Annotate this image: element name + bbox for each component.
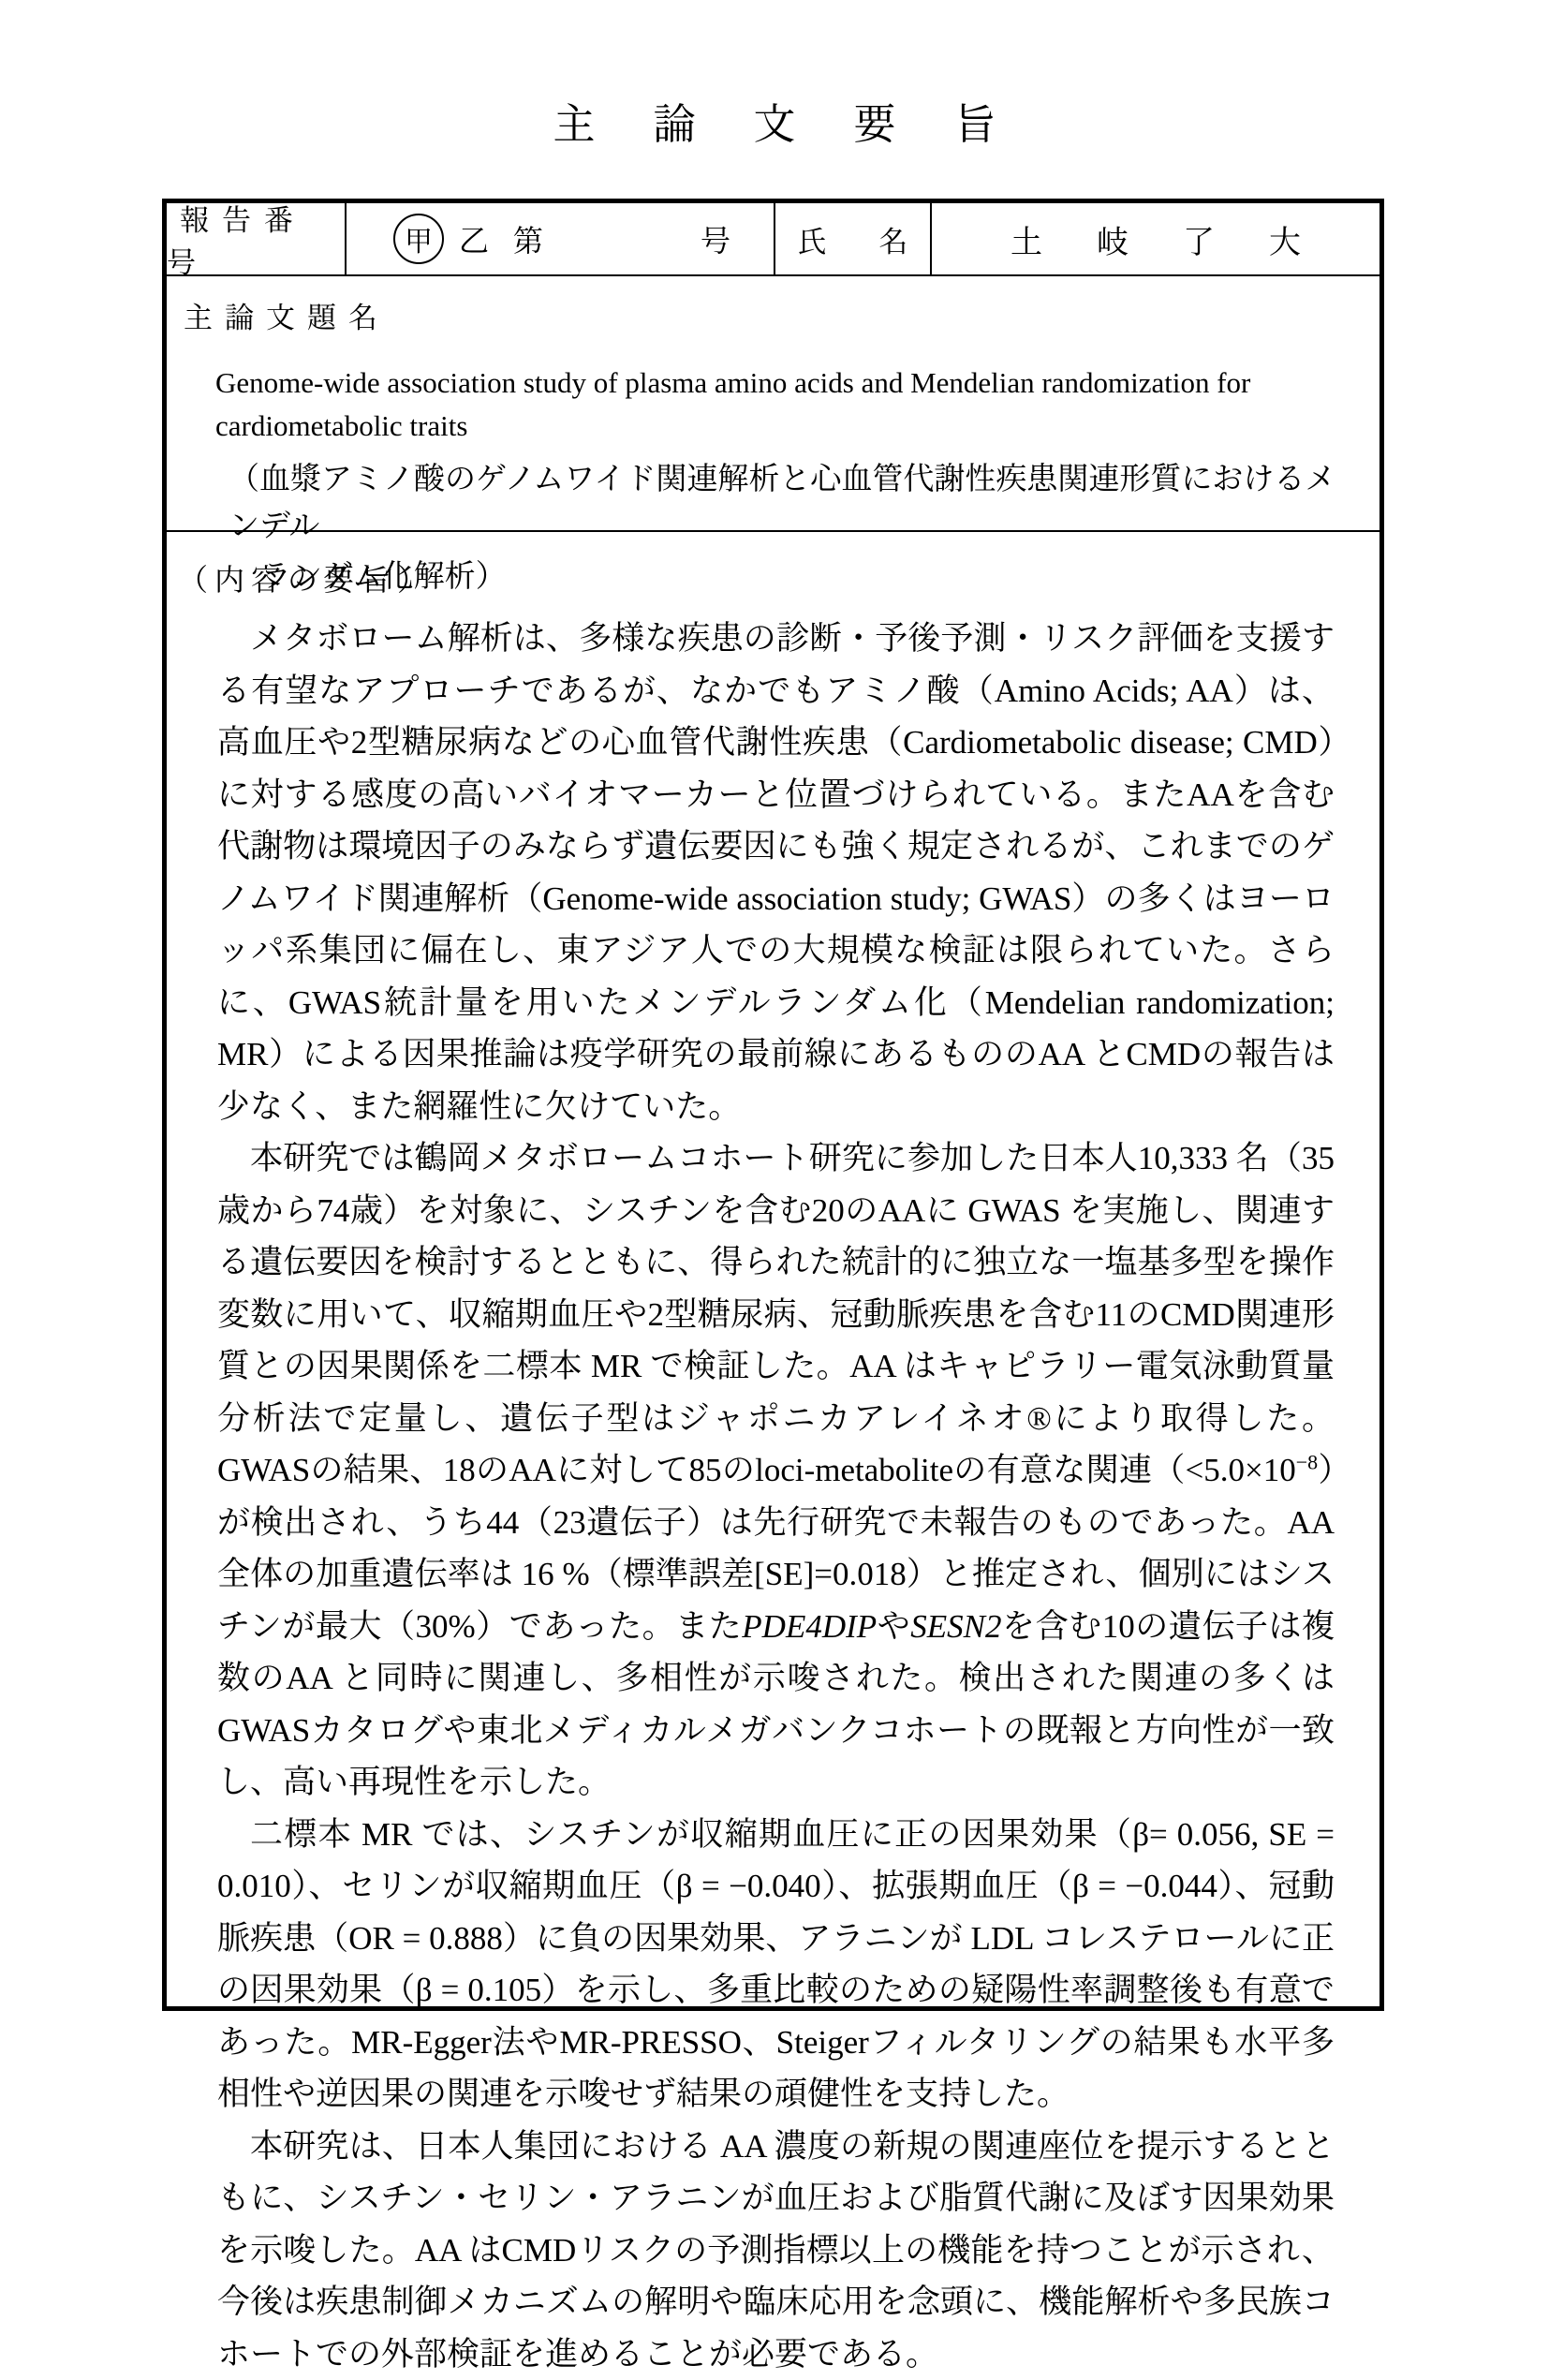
summary-body: メタボローム解析は、多様な疾患の診断・予後予測・リスク評価を支援する有望なアプロ… <box>217 613 1335 2380</box>
thesis-title-label: 主論文題名 <box>184 294 1379 336</box>
page-title: 主論文要旨 <box>0 90 1549 151</box>
kou-text: 甲 <box>405 218 433 259</box>
report-number-value-cell: 甲 乙 第 号 <box>347 203 775 274</box>
kou-circle-mark: 甲 <box>393 214 444 264</box>
report-form: 報告番号 甲 乙 第 号 氏名 土岐了大 主論文題名 Genome-wide a… <box>162 199 1384 2011</box>
name-value: 土岐了大 <box>1011 216 1355 262</box>
name-label-cell: 氏名 <box>775 203 932 274</box>
thesis-title-section: 主論文題名 Genome-wide association study of p… <box>167 278 1379 532</box>
thesis-title-english-line1: Genome-wide association study of plasma … <box>215 362 1323 405</box>
name-value-cell: 土岐了大 <box>932 203 1379 274</box>
summary-section: （内容の要旨） メタボローム解析は、多様な疾患の診断・予後予測・リスク評価を支援… <box>167 534 1379 2006</box>
dai-text: 第 <box>513 217 543 260</box>
summary-paragraph-3: 二標本 MR では、シスチンが収縮期血圧に正の因果効果（β= 0.056, SE… <box>217 1809 1335 2121</box>
summary-label: （内容の要旨） <box>178 556 1379 599</box>
gou-text: 号 <box>701 217 730 260</box>
otsu-text: 乙 <box>459 217 489 260</box>
thesis-title-english-line2: cardiometabolic traits <box>215 405 1323 448</box>
summary-paragraph-1: メタボローム解析は、多様な疾患の診断・予後予測・リスク評価を支援する有望なアプロ… <box>217 613 1335 1132</box>
report-number-label: 報告番号 <box>167 203 347 274</box>
document-page: 主論文要旨 報告番号 甲 乙 第 号 氏名 土岐了大 主論文題名 Genome-… <box>0 0 1549 2191</box>
summary-paragraph-4: 本研究は、日本人集団における AA 濃度の新規の関連座位を提示するとともに、シス… <box>217 2121 1335 2380</box>
report-number-row: 報告番号 甲 乙 第 号 氏名 土岐了大 <box>167 203 1379 276</box>
summary-paragraph-2: 本研究では鶴岡メタボロームコホート研究に参加した日本人10,333 名（35歳か… <box>217 1132 1335 1809</box>
